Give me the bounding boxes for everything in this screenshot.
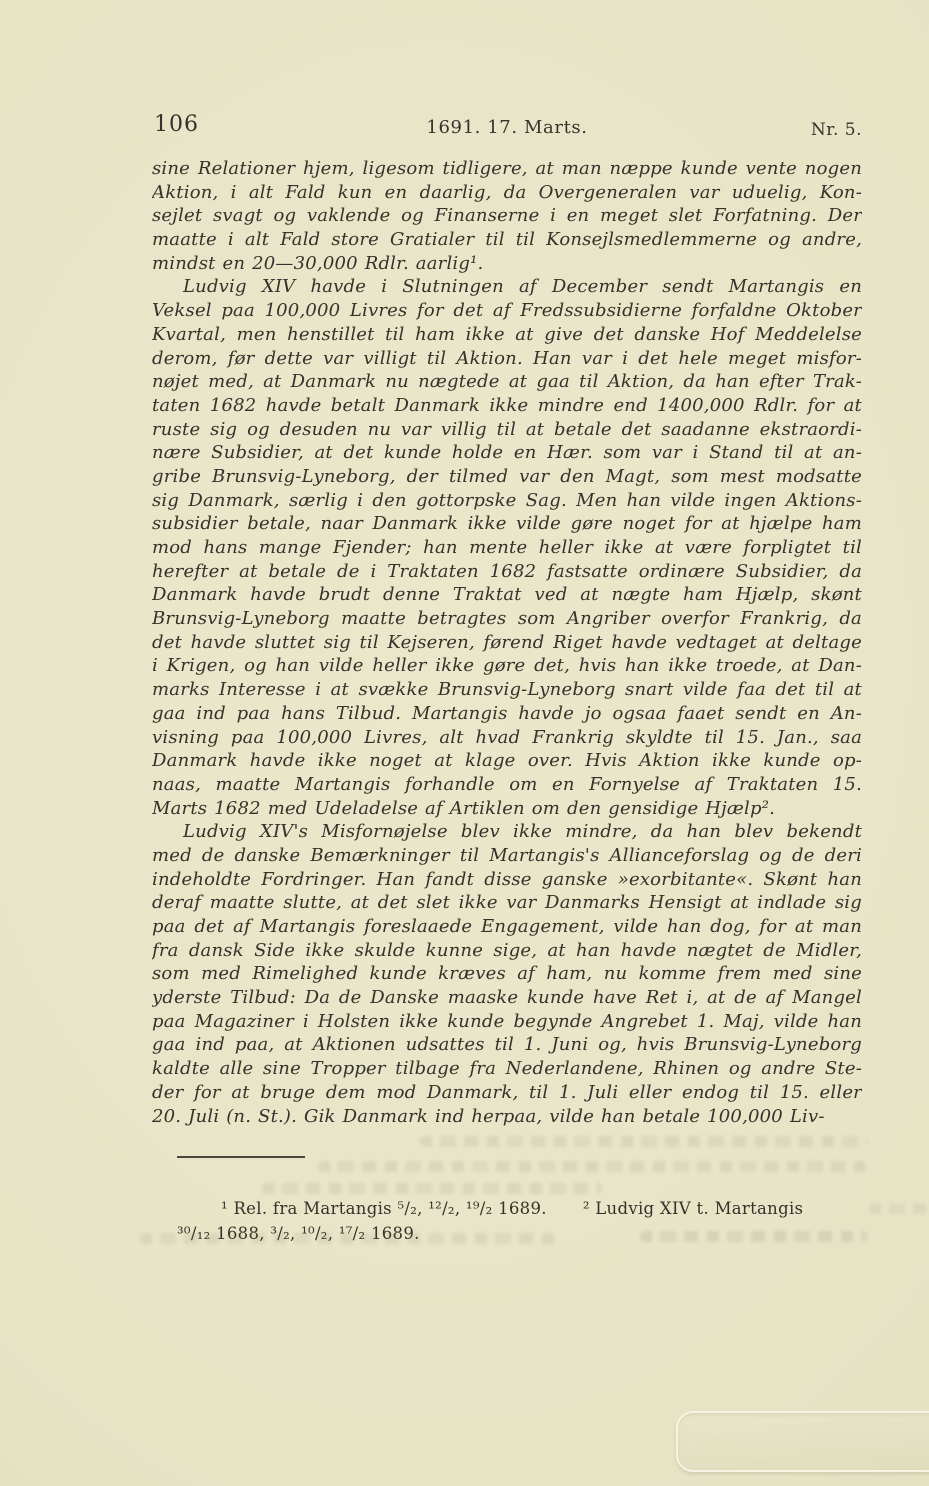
text-line: subsidier betale, naar Danmark ikke vild… bbox=[152, 512, 862, 536]
footnote-2-start: ² Ludvig XIV t. Martangis bbox=[583, 1199, 803, 1218]
text-line: Brunsvig-Lyneborg maatte betragtes som A… bbox=[152, 607, 862, 631]
embossed-blank-card bbox=[676, 1411, 929, 1472]
text-line: i Krigen, og han vilde heller ikke gøre … bbox=[152, 654, 862, 678]
text-line: maatte i alt Fald store Gratialer til ti… bbox=[152, 228, 862, 252]
text-line: indeholdte Fordringer. Han fandt disse g… bbox=[152, 868, 862, 892]
text-line: naas, maatte Martangis forhandle om en F… bbox=[152, 773, 862, 797]
text-line: som med Rimelighed kunde kræves af ham, … bbox=[152, 962, 862, 986]
text-line: nære Subsidier, at det kunde holde en Hæ… bbox=[152, 441, 862, 465]
text-line: derom, før dette var villigt til Aktion.… bbox=[152, 347, 862, 371]
text-line: paa det af Martangis foreslaaede Engagem… bbox=[152, 915, 862, 939]
text-line: mindst en 20—30,000 Rdlr. aarlig¹. bbox=[152, 252, 862, 276]
text-line: mod hans mange Fjender; han mente heller… bbox=[152, 536, 862, 560]
text-line: marks Interesse i at svække Brunsvig-Lyn… bbox=[152, 678, 862, 702]
footnote-separator bbox=[177, 1156, 305, 1158]
text-line: Danmark havde brudt denne Traktat ved at… bbox=[152, 583, 862, 607]
body-text: sine Relationer hjem, ligesom tidligere,… bbox=[152, 157, 862, 1128]
date-heading: 1691. 17. Marts. bbox=[152, 117, 862, 138]
page-showthrough-smudge bbox=[140, 1233, 560, 1244]
text-line: herefter at betale de i Traktaten 1682 f… bbox=[152, 560, 862, 584]
page-showthrough-smudge bbox=[262, 1183, 602, 1194]
text-line: Veksel paa 100,000 Livres for det af Fre… bbox=[152, 299, 862, 323]
text-line: 20. Juli (n. St.). Gik Danmark ind herpa… bbox=[152, 1105, 862, 1129]
text-line: det havde sluttet sig til Kejseren, føre… bbox=[152, 631, 862, 655]
text-line: gaa ind paa, at Aktionen udsattes til 1.… bbox=[152, 1033, 862, 1057]
footnote-line: ¹ Rel. fra Martangis ⁵/₂, ¹²/₂, ¹⁹/₂ 168… bbox=[177, 1197, 867, 1222]
text-line: sejlet svagt og vaklende og Finanserne i… bbox=[152, 204, 862, 228]
text-line: fra dansk Side ikke skulde kunne sige, a… bbox=[152, 939, 862, 963]
footnote-1: ¹ Rel. fra Martangis ⁵/₂, ¹²/₂, ¹⁹/₂ 168… bbox=[221, 1199, 547, 1218]
paragraph: sine Relationer hjem, ligesom tidligere,… bbox=[152, 157, 862, 275]
text-line: med de danske Bemærkninger til Martangis… bbox=[152, 844, 862, 868]
text-line: Aktion, i alt Fald kun en daarlig, da Ov… bbox=[152, 181, 862, 205]
text-line: Danmark havde ikke noget at klage over. … bbox=[152, 749, 862, 773]
text-line: taten 1682 havde betalt Danmark ikke min… bbox=[152, 394, 862, 418]
text-line: Ludvig XIV havde i Slutningen af Decembe… bbox=[152, 275, 862, 299]
text-line: paa Magaziner i Holsten ikke kunde begyn… bbox=[152, 1010, 862, 1034]
text-line: sig Danmark, særlig i den gottorpske Sag… bbox=[152, 489, 862, 513]
paragraph: Ludvig XIV havde i Slutningen af Decembe… bbox=[152, 275, 862, 820]
text-line: sine Relationer hjem, ligesom tidligere,… bbox=[152, 157, 862, 181]
text-line: kaldte alle sine Tropper tilbage fra Ned… bbox=[152, 1057, 862, 1081]
text-line: visning paa 100,000 Livres, alt hvad Fra… bbox=[152, 726, 862, 750]
text-line: Kvartal, men henstillet til ham ikke at … bbox=[152, 323, 862, 347]
text-line: nøjet med, at Danmark nu nægtede at gaa … bbox=[152, 370, 862, 394]
page-showthrough-smudge bbox=[420, 1136, 868, 1147]
scanned-book-page: 106 1691. 17. Marts. Nr. 5. sine Relatio… bbox=[0, 0, 929, 1486]
page-showthrough-smudge bbox=[640, 1231, 868, 1242]
text-line: der for at bruge dem mod Danmark, til 1.… bbox=[152, 1081, 862, 1105]
text-line: yderste Tilbud: Da de Danske maaske kund… bbox=[152, 986, 862, 1010]
page-showthrough-smudge bbox=[318, 1161, 866, 1172]
text-line: Ludvig XIV's Misfornøjelse blev ikke min… bbox=[152, 820, 862, 844]
running-head: 106 1691. 17. Marts. Nr. 5. bbox=[152, 112, 862, 144]
text-line: ruste sig og desuden nu var villig til a… bbox=[152, 418, 862, 442]
text-line: gaa ind paa hans Tilbud. Martangis havde… bbox=[152, 702, 862, 726]
text-line: gribe Brunsvig-Lyneborg, der tilmed var … bbox=[152, 465, 862, 489]
document-number: Nr. 5. bbox=[811, 120, 862, 140]
text-line: Marts 1682 med Udeladelse af Artiklen om… bbox=[152, 797, 862, 821]
page-showthrough-smudge bbox=[869, 1203, 927, 1214]
text-line: deraf maatte slutte, at det slet ikke va… bbox=[152, 891, 862, 915]
paragraph: Ludvig XIV's Misfornøjelse blev ikke min… bbox=[152, 820, 862, 1128]
